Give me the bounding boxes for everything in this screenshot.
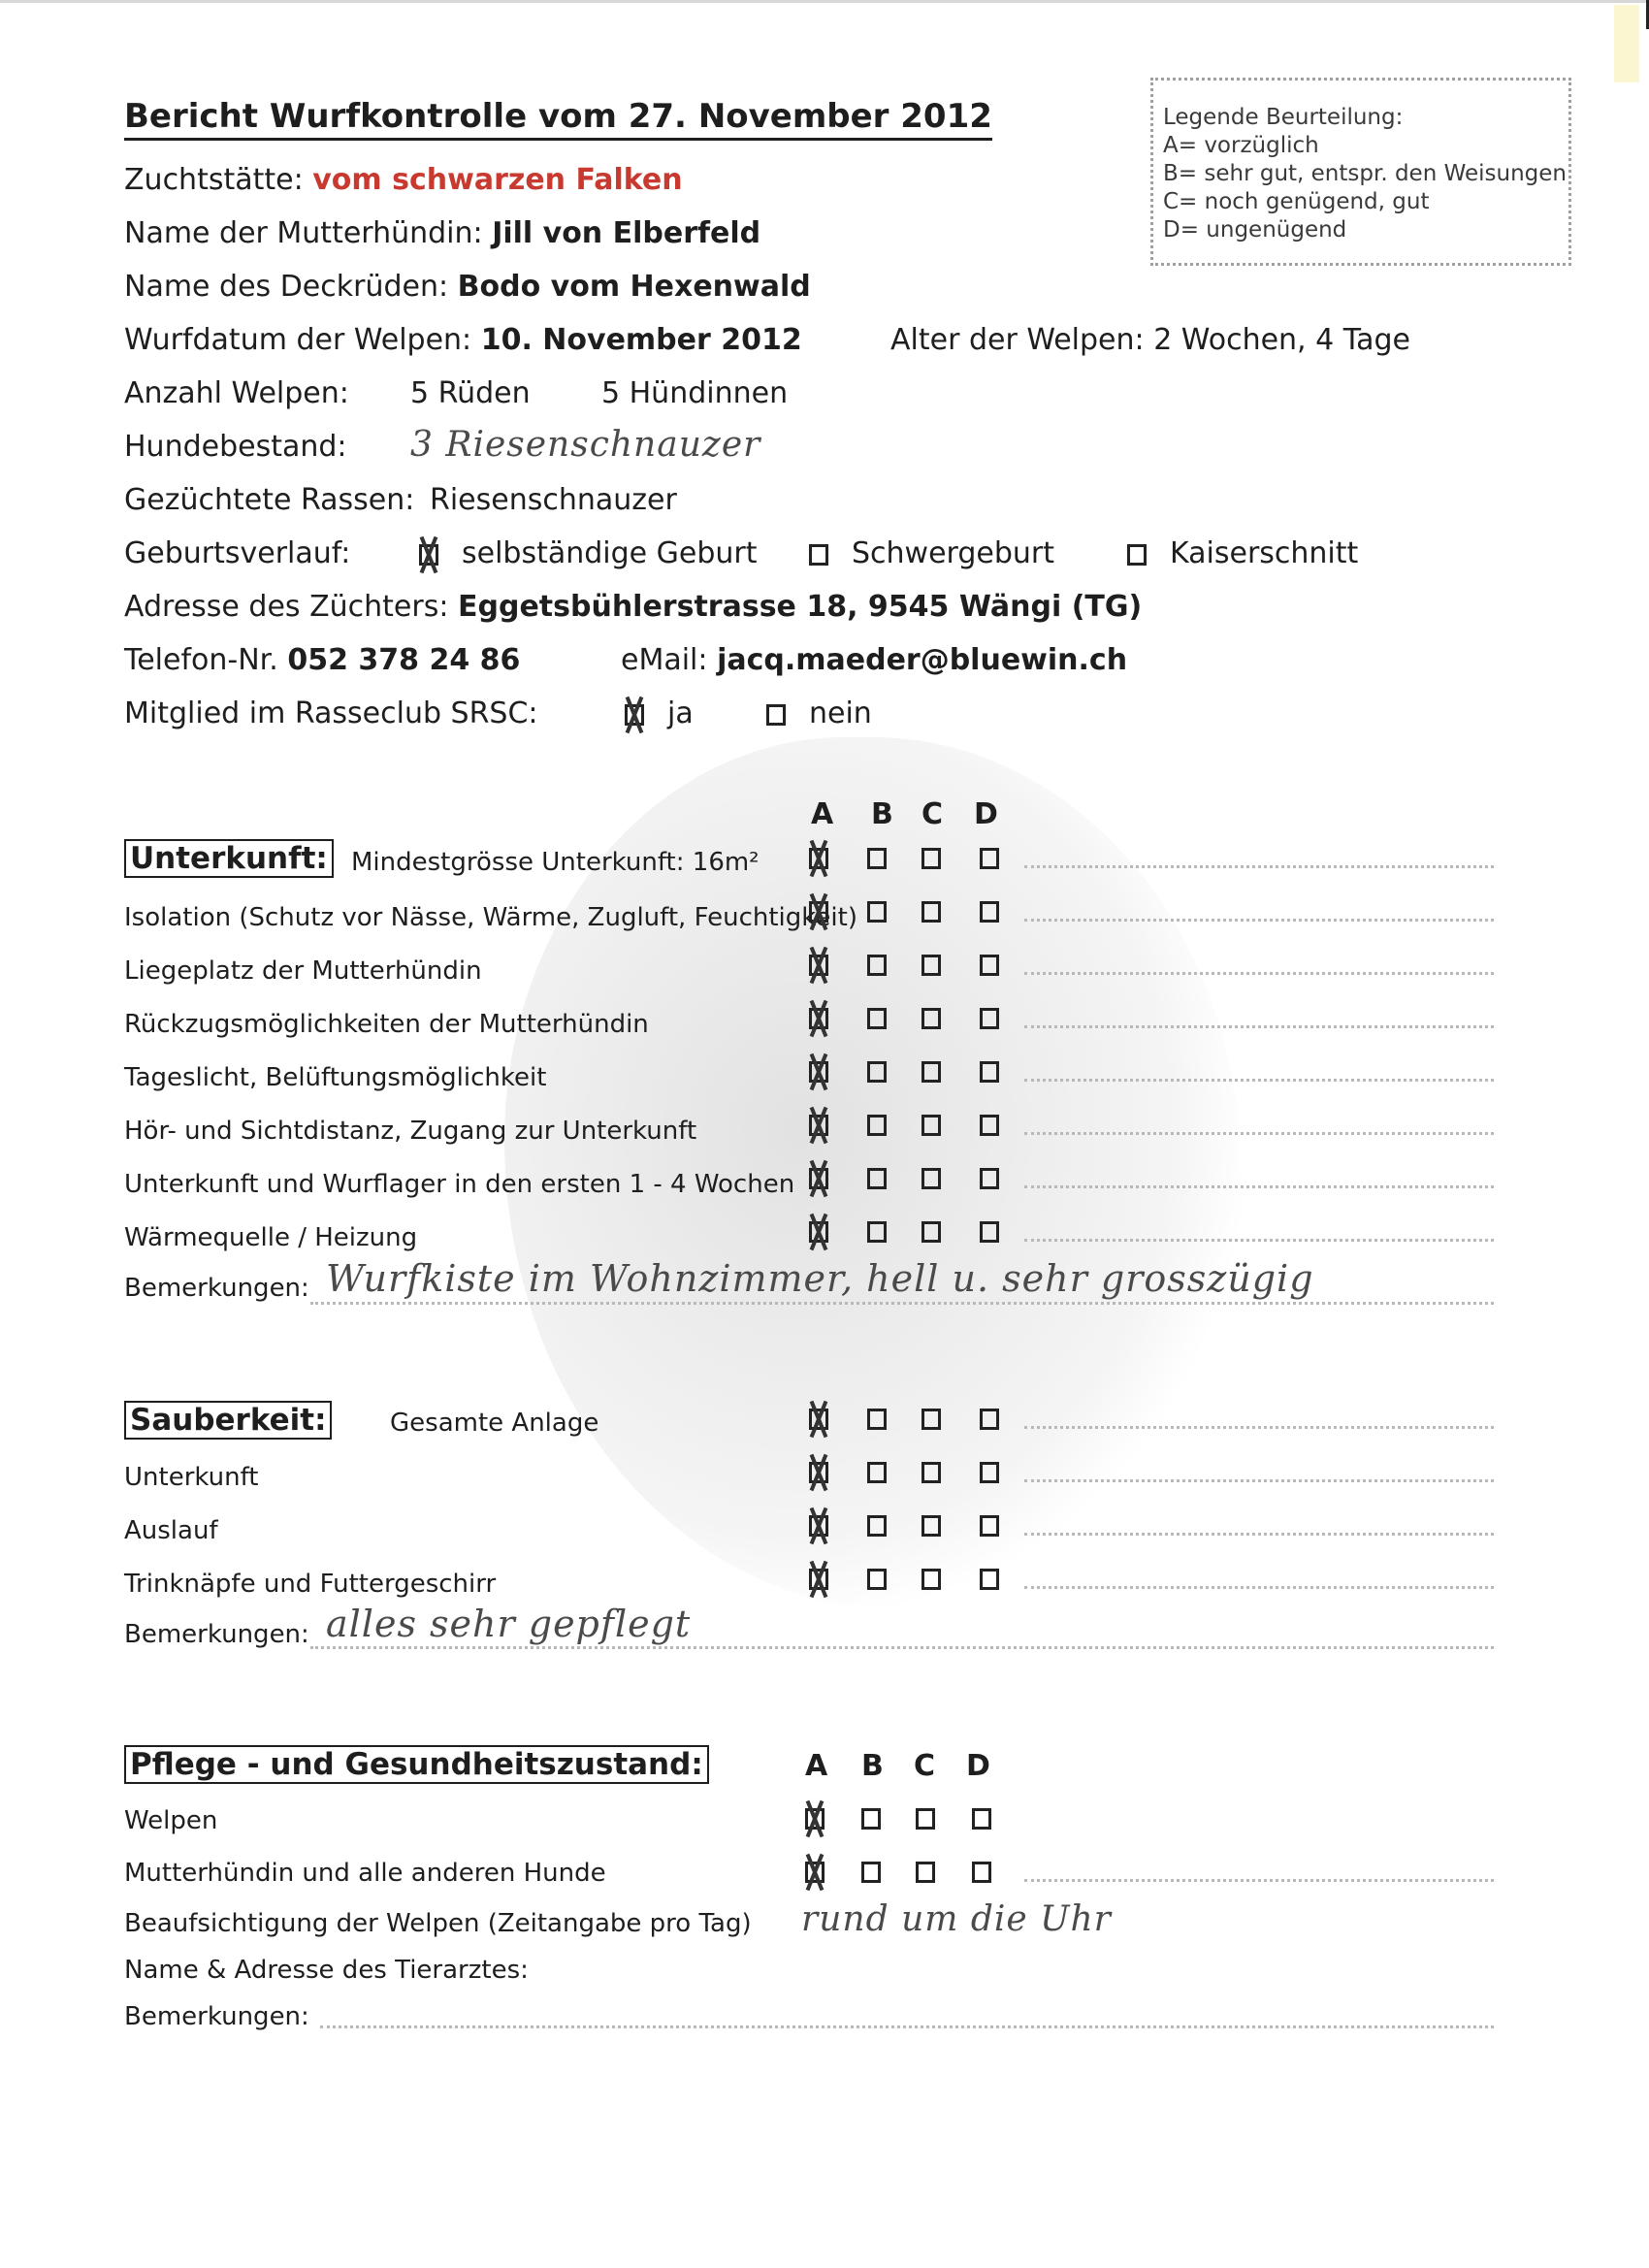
grade-checkbox-b[interactable] xyxy=(867,1168,887,1189)
grade-checkbox-d[interactable] xyxy=(980,901,999,923)
alter-label: Alter der Welpen: xyxy=(890,323,1145,357)
geburt-label: Geburtsverlauf: xyxy=(124,536,350,570)
adresse-row: Adresse des Züchters: Eggetsbühlerstrass… xyxy=(124,590,1142,624)
comment-line xyxy=(1024,1079,1494,1082)
rassen-label: Gezüchtete Rassen: xyxy=(124,483,414,517)
grade-checkbox-d[interactable] xyxy=(980,848,999,869)
grade-checkbox-d[interactable] xyxy=(980,955,999,976)
grade-checkbox-c[interactable] xyxy=(921,1061,941,1083)
section-heading-unterkunft: Unterkunft: xyxy=(124,839,334,878)
section-heading-pflege: Pflege - und Gesundheitszustand: xyxy=(124,1745,709,1784)
alter-value[interactable]: 2 Wochen, 4 Tage xyxy=(1153,323,1410,357)
grade-checkbox-a[interactable] xyxy=(809,901,828,923)
grade-checkbox-a[interactable] xyxy=(809,1008,828,1029)
wurfdatum-row: Wurfdatum der Welpen: 10. November 2012 xyxy=(124,323,802,357)
adresse-value[interactable]: Eggetsbühlerstrasse 18, 9545 Wängi (TG) xyxy=(458,590,1142,624)
row-label: Mutterhündin und alle anderen Hunde xyxy=(124,1859,606,1888)
grade-checkbox-d[interactable] xyxy=(980,1221,999,1243)
grade-checkbox-b[interactable] xyxy=(867,1569,887,1590)
legend-title: Legende Beurteilung: xyxy=(1163,104,1559,132)
grade-checkbox-b[interactable] xyxy=(867,1061,887,1083)
row-label: Mindestgrösse Unterkunft: 16m² xyxy=(351,848,760,877)
geburt-option-selbstaendig: selbständige Geburt xyxy=(462,536,758,570)
grade-checkbox-a[interactable] xyxy=(805,1862,824,1883)
remarks-line xyxy=(310,1302,1494,1305)
legend-item-b: B= sehr gut, entspr. den Weisungen xyxy=(1163,160,1559,188)
row-label: Hör- und Sichtdistanz, Zugang zur Unterk… xyxy=(124,1117,696,1146)
section-heading-sauberkeit: Sauberkeit: xyxy=(124,1401,332,1440)
rassen-value[interactable]: Riesenschnauzer xyxy=(430,483,677,517)
row-label: Unterkunft xyxy=(124,1463,259,1492)
comment-line xyxy=(1024,972,1494,975)
zuchtstaette-value[interactable]: vom schwarzen Falken xyxy=(312,163,682,197)
telefon-row: Telefon-Nr. 052 378 24 86 xyxy=(124,643,520,677)
wurfdatum-label: Wurfdatum der Welpen: xyxy=(124,323,471,357)
grade-checkbox-d[interactable] xyxy=(980,1515,999,1537)
grade-checkbox-c[interactable] xyxy=(921,1221,941,1243)
remarks-value-sauberkeit[interactable]: alles sehr gepflegt xyxy=(326,1603,691,1645)
comment-line xyxy=(1024,1586,1494,1589)
mitglied-checkbox-ja[interactable] xyxy=(625,704,644,726)
comment-line xyxy=(1024,1533,1494,1536)
grade-checkbox-b[interactable] xyxy=(867,1515,887,1537)
grade-checkbox-b[interactable] xyxy=(867,848,887,869)
grade-checkbox-a[interactable] xyxy=(809,1515,828,1537)
comment-line xyxy=(1024,865,1494,868)
grade-checkbox-c[interactable] xyxy=(921,955,941,976)
email-label: eMail: xyxy=(621,643,708,677)
grade-header-d: D xyxy=(966,1749,990,1783)
zuchtstaette-row: Zuchtstätte: vom schwarzen Falken xyxy=(124,163,683,197)
telefon-label: Telefon-Nr. xyxy=(124,643,278,677)
grade-checkbox-d[interactable] xyxy=(980,1008,999,1029)
grade-checkbox-d[interactable] xyxy=(972,1808,991,1830)
deckruede-label: Name des Deckrüden: xyxy=(124,270,448,304)
anzahl-label: Anzahl Welpen: xyxy=(124,376,349,410)
section-pflege: Pflege - und Gesundheitszustand: xyxy=(124,1747,709,1782)
grade-checkbox-d[interactable] xyxy=(980,1168,999,1189)
grade-checkbox-b[interactable] xyxy=(867,1115,887,1136)
grade-checkbox-c[interactable] xyxy=(921,1515,941,1537)
email-value[interactable]: jacq.maeder@bluewin.ch xyxy=(717,643,1127,677)
grade-checkbox-c[interactable] xyxy=(916,1808,935,1830)
grade-checkbox-d[interactable] xyxy=(980,1061,999,1083)
wurfdatum-value[interactable]: 10. November 2012 xyxy=(481,323,802,357)
row-label: Isolation (Schutz vor Nässe, Wärme, Zugl… xyxy=(124,903,857,932)
mutter-row: Name der Mutterhündin: Jill von Elberfel… xyxy=(124,216,760,250)
comment-line xyxy=(1024,1185,1494,1188)
remarks-label: Bemerkungen: xyxy=(124,1274,309,1303)
comment-line xyxy=(1024,1132,1494,1135)
grade-header-a: A xyxy=(805,1749,827,1783)
deckruede-value[interactable]: Bodo vom Hexenwald xyxy=(458,270,811,304)
grade-checkbox-b[interactable] xyxy=(861,1808,881,1830)
grade-checkbox-a[interactable] xyxy=(809,1115,828,1136)
telefon-value[interactable]: 052 378 24 86 xyxy=(287,643,520,677)
grade-checkbox-b[interactable] xyxy=(867,1221,887,1243)
grade-checkbox-c[interactable] xyxy=(921,1569,941,1590)
comment-line xyxy=(1024,1426,1494,1429)
grade-checkbox-c[interactable] xyxy=(921,1115,941,1136)
grade-checkbox-a[interactable] xyxy=(809,955,828,976)
grade-checkbox-c[interactable] xyxy=(921,848,941,869)
page-title: Bericht Wurfkontrolle vom 27. November 2… xyxy=(124,97,992,141)
legend-item-c: C= noch genügend, gut xyxy=(1163,188,1559,216)
row-label: Welpen xyxy=(124,1806,217,1835)
hundebestand-value[interactable]: 3 Riesenschnauzer xyxy=(410,425,760,465)
grade-checkbox-d[interactable] xyxy=(980,1569,999,1590)
geburt-checkbox-schwergeburt[interactable] xyxy=(809,544,828,566)
email-row: eMail: jacq.maeder@bluewin.ch xyxy=(621,643,1127,677)
grade-checkbox-b[interactable] xyxy=(867,1008,887,1029)
row-label: Auslauf xyxy=(124,1516,218,1545)
grade-header-c: C xyxy=(921,797,943,831)
grade-checkbox-d[interactable] xyxy=(980,1462,999,1483)
remarks-line xyxy=(310,1646,1494,1649)
grade-checkbox-c[interactable] xyxy=(916,1862,935,1883)
scan-edge xyxy=(0,0,1649,3)
alter-row: Alter der Welpen: 2 Wochen, 4 Tage xyxy=(890,323,1410,357)
grade-checkbox-d[interactable] xyxy=(972,1862,991,1883)
row-label: Trinknäpfe und Futtergeschirr xyxy=(124,1570,496,1599)
grade-checkbox-c[interactable] xyxy=(921,1168,941,1189)
row-label: Wärmequelle / Heizung xyxy=(124,1223,417,1252)
grade-checkbox-b[interactable] xyxy=(861,1862,881,1883)
mutter-value[interactable]: Jill von Elberfeld xyxy=(492,216,760,250)
grade-checkbox-a[interactable] xyxy=(809,1462,828,1483)
geburt-checkbox-selbstaendig[interactable] xyxy=(419,544,438,566)
geburt-option-kaiserschnitt: Kaiserschnitt xyxy=(1170,536,1358,570)
comment-line xyxy=(1024,1025,1494,1028)
grade-checkbox-a[interactable] xyxy=(809,1221,828,1243)
remarks-label: Bemerkungen: xyxy=(124,1620,309,1649)
grade-checkbox-b[interactable] xyxy=(867,1409,887,1430)
anzahl-rueden[interactable]: 5 Rüden xyxy=(410,376,531,410)
remarks-value-unterkunft[interactable]: Wurfkiste im Wohnzimmer, hell u. sehr gr… xyxy=(326,1257,1314,1300)
grade-checkbox-a[interactable] xyxy=(809,1409,828,1430)
row-label: Rückzugsmöglichkeiten der Mutterhündin xyxy=(124,1010,649,1039)
grade-checkbox-c[interactable] xyxy=(921,1409,941,1430)
grade-header-b: B xyxy=(871,797,893,831)
hundebestand-label: Hundebestand: xyxy=(124,430,347,464)
grade-checkbox-d[interactable] xyxy=(980,1409,999,1430)
mitglied-option-nein: nein xyxy=(809,697,872,730)
legend-box: Legende Beurteilung: A= vorzüglich B= se… xyxy=(1150,78,1571,266)
grade-header-c: C xyxy=(914,1749,935,1783)
legend-item-a: A= vorzüglich xyxy=(1163,132,1559,160)
grade-checkbox-a[interactable] xyxy=(809,1061,828,1083)
zuchtstaette-label: Zuchtstätte: xyxy=(124,163,304,197)
grade-checkbox-a[interactable] xyxy=(809,1168,828,1189)
section-sauberkeit: Sauberkeit: xyxy=(124,1403,332,1438)
geburt-option-schwergeburt: Schwergeburt xyxy=(852,536,1054,570)
geburt-checkbox-kaiserschnitt[interactable] xyxy=(1127,544,1147,566)
comment-line xyxy=(1024,1239,1494,1242)
comment-line xyxy=(1024,919,1494,922)
comment-line xyxy=(1024,1879,1494,1882)
row-label: Unterkunft und Wurflager in den ersten 1… xyxy=(124,1170,794,1199)
legend-item-d: D= ungenügend xyxy=(1163,216,1559,244)
grade-checkbox-c[interactable] xyxy=(921,901,941,923)
paper-smudge xyxy=(1614,5,1639,82)
grade-checkbox-b[interactable] xyxy=(867,901,887,923)
grade-checkbox-d[interactable] xyxy=(980,1115,999,1136)
grade-checkbox-b[interactable] xyxy=(867,955,887,976)
grade-checkbox-c[interactable] xyxy=(921,1462,941,1483)
mutter-label: Name der Mutterhündin: xyxy=(124,216,483,250)
section-unterkunft: Unterkunft: xyxy=(124,841,334,876)
deckruede-row: Name des Deckrüden: Bodo vom Hexenwald xyxy=(124,270,811,304)
remarks-line xyxy=(320,2025,1494,2028)
grade-checkbox-a[interactable] xyxy=(805,1808,824,1830)
mitglied-label: Mitglied im Rasseclub SRSC: xyxy=(124,697,538,730)
row-label: Gesamte Anlage xyxy=(390,1409,598,1438)
tierarzt-label: Name & Adresse des Tierarztes: xyxy=(124,1956,529,1985)
beaufsichtigung-label: Beaufsichtigung der Welpen (Zeitangabe p… xyxy=(124,1909,752,1938)
grade-header-b: B xyxy=(861,1749,884,1783)
grade-checkbox-a[interactable] xyxy=(809,848,828,869)
grade-checkbox-b[interactable] xyxy=(867,1462,887,1483)
remarks-label: Bemerkungen: xyxy=(124,2002,309,2031)
mitglied-checkbox-nein[interactable] xyxy=(766,704,786,726)
grade-checkbox-a[interactable] xyxy=(809,1569,828,1590)
adresse-label: Adresse des Züchters: xyxy=(124,590,448,624)
grade-header-d: D xyxy=(974,797,998,831)
row-label: Liegeplatz der Mutterhündin xyxy=(124,956,482,986)
beaufsichtigung-value[interactable]: rund um die Uhr xyxy=(801,1899,1112,1939)
mitglied-option-ja: ja xyxy=(667,697,694,730)
anzahl-huendinnen[interactable]: 5 Hündinnen xyxy=(601,376,788,410)
grade-header-a: A xyxy=(811,797,833,831)
row-label: Tageslicht, Belüftungsmöglichkeit xyxy=(124,1063,546,1092)
comment-line xyxy=(1024,1479,1494,1482)
grade-checkbox-c[interactable] xyxy=(921,1008,941,1029)
